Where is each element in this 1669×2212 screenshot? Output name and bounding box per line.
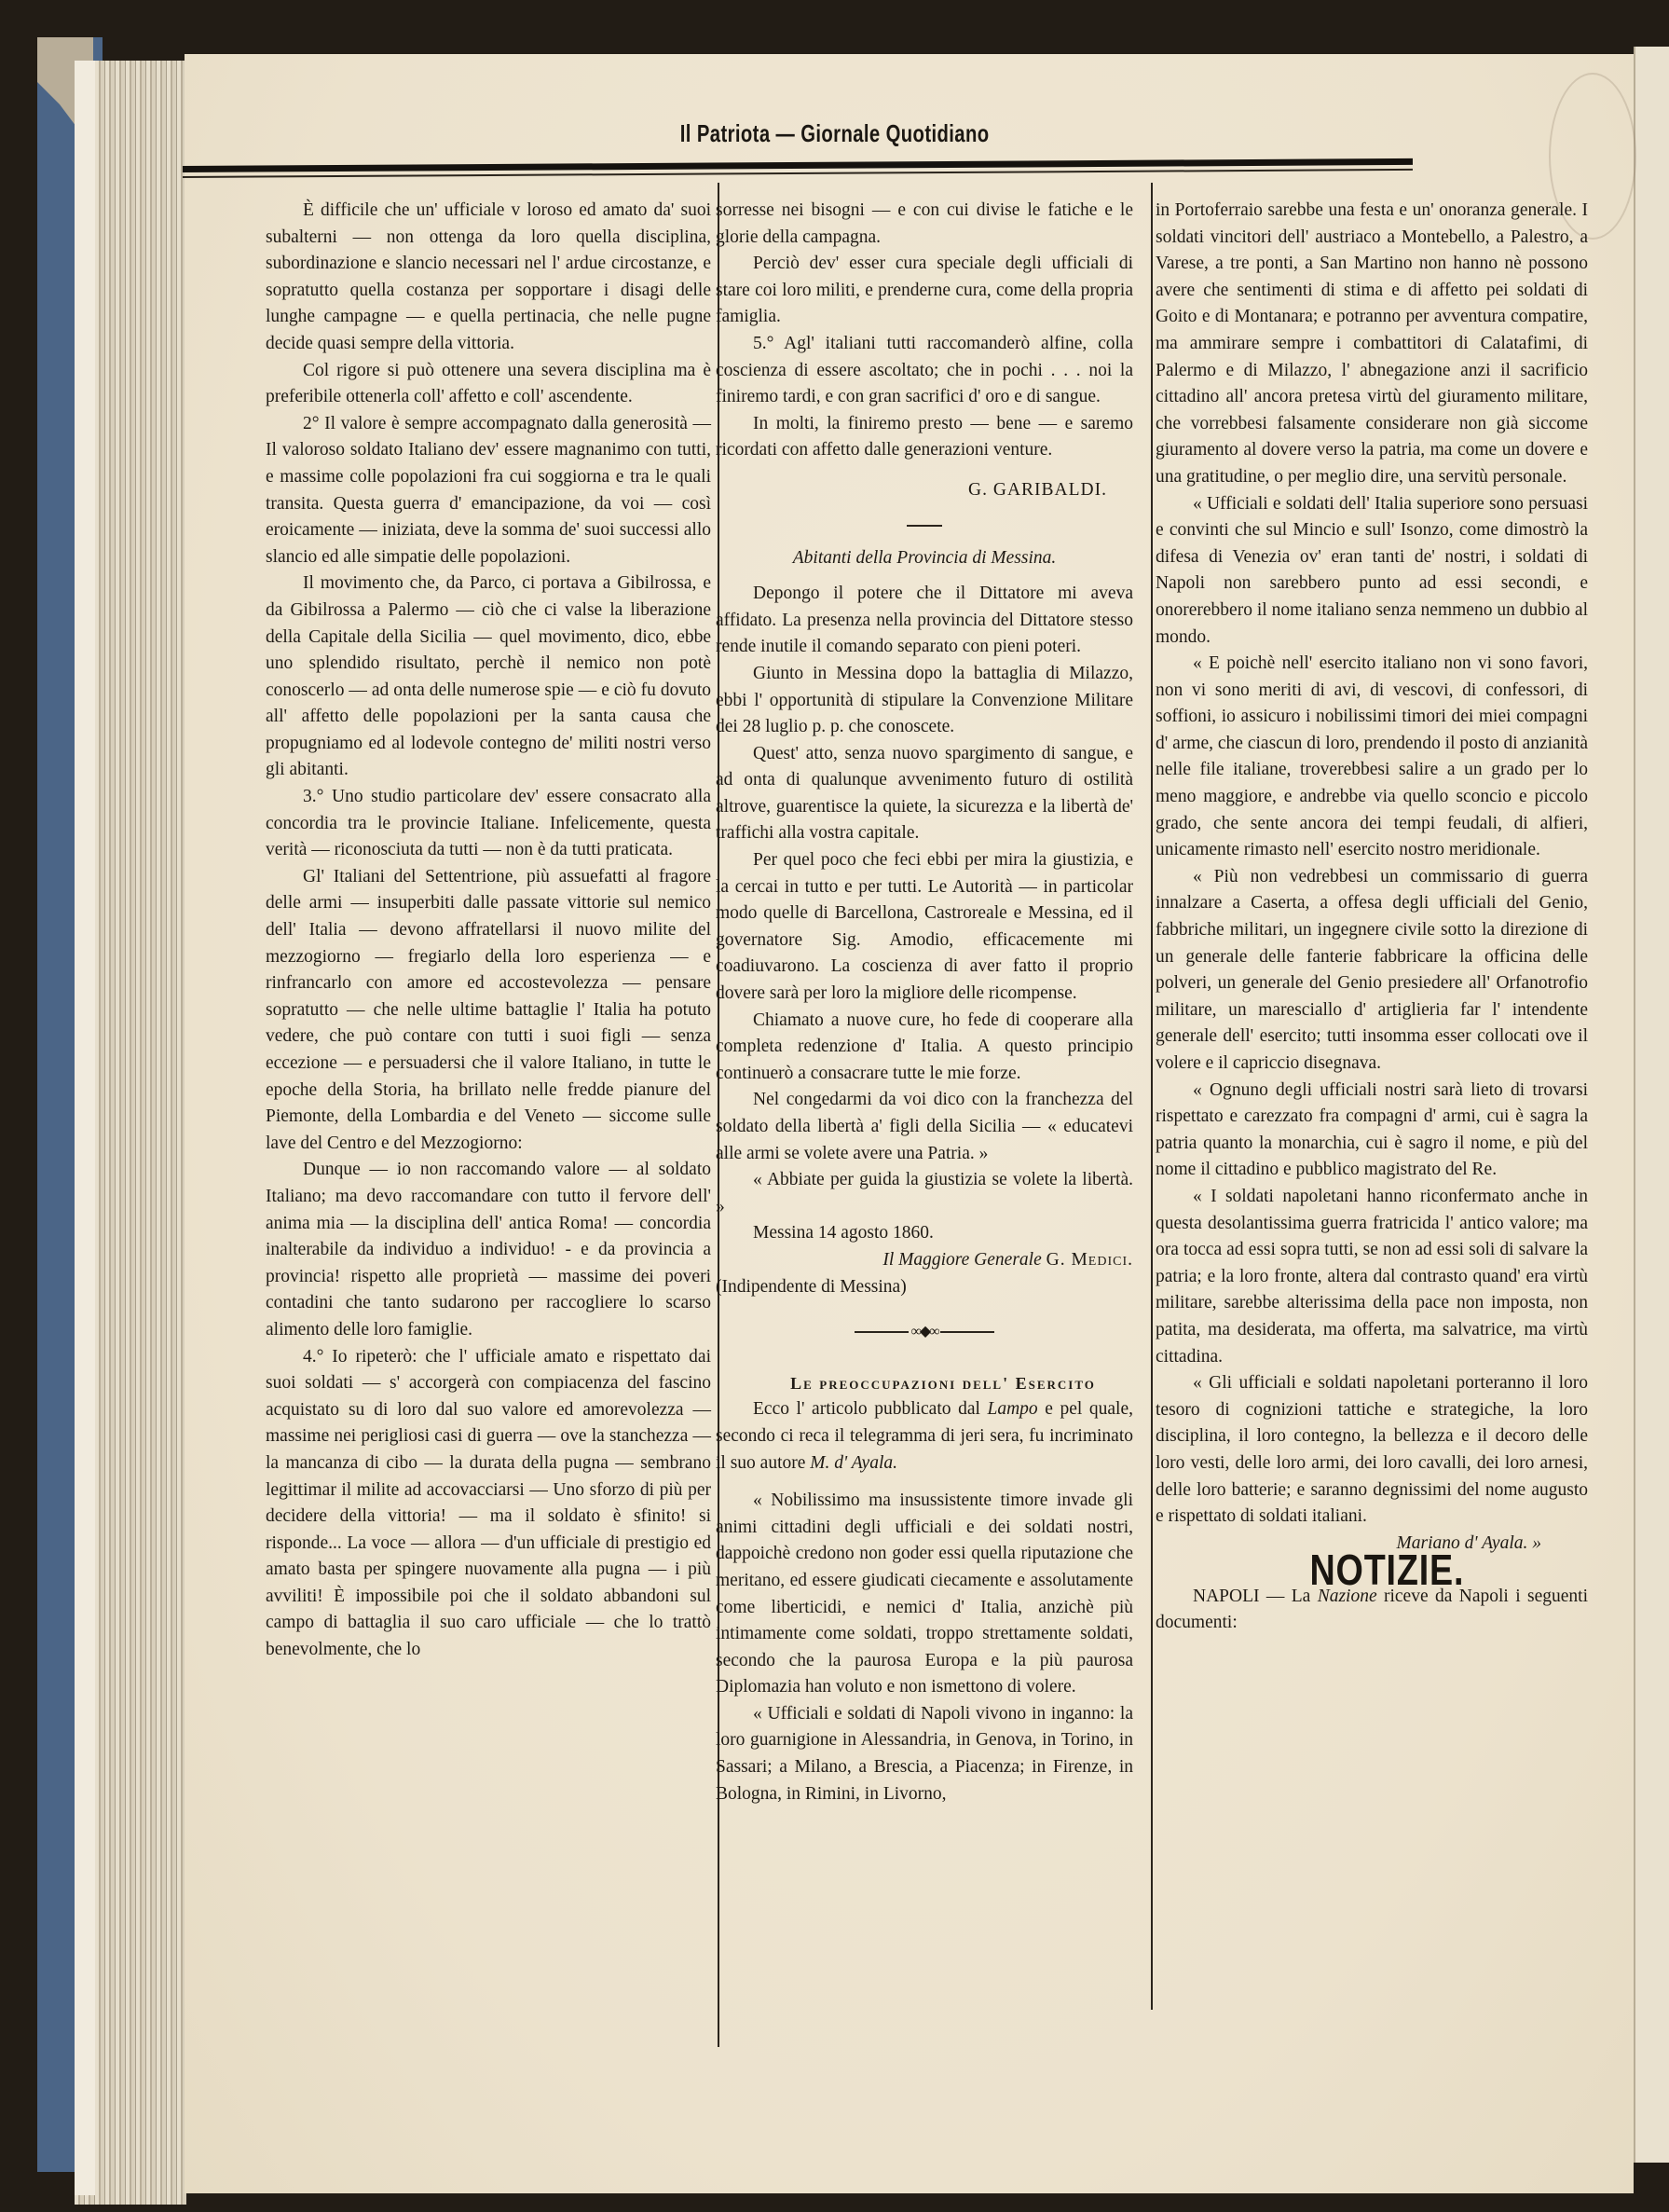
ornament-line <box>940 1331 994 1333</box>
paragraph: Giunto in Messina dopo la battaglia di M… <box>716 661 1133 741</box>
paragraph-continuation: sorresse nei bisogni — e con cui divise … <box>716 198 1133 251</box>
paragraph: « Ufficiali e soldati di Napoli vivono i… <box>716 1701 1133 1807</box>
column-1: È difficile che un' ufficiale v loroso e… <box>266 198 711 1664</box>
paragraph: Chiamato a nuove cure, ho fede di cooper… <box>716 1008 1133 1088</box>
paragraph: 4.° Io ripeterò: che l' ufficiale amato … <box>266 1344 711 1664</box>
intro-text: Ecco l' articolo pubblicato dal <box>753 1399 987 1419</box>
paragraph-continuation: in Portoferraio sarebbe una festa e un' … <box>1156 198 1588 491</box>
ornamental-divider: ∞◆∞ <box>716 1319 1133 1346</box>
paragraph: « E poichè nell' esercito italiano non v… <box>1156 651 1588 864</box>
news-lead: NAPOLI — La <box>1193 1587 1318 1606</box>
signature-garibaldi: G. GARIBALDI. <box>716 477 1133 504</box>
paragraph: Quest' atto, senza nuovo spargimento di … <box>716 741 1133 847</box>
ornament-knot-icon: ∞◆∞ <box>909 1319 939 1346</box>
paragraph: « Più non vedrebbesi un commissario di g… <box>1156 864 1588 1078</box>
masthead: Il Patriota — Giornale Quotidiano <box>0 119 1669 148</box>
column-3: in Portoferraio sarebbe una festa e un' … <box>1156 198 1588 1637</box>
adjacent-page-edge <box>1634 47 1669 2163</box>
paragraph: Nel congedarmi da voi dico con la franch… <box>716 1087 1133 1167</box>
paragraph: 2° Il valore è sempre accompagnato dalla… <box>266 411 711 571</box>
dateline: Messina 14 agosto 1860. <box>716 1220 1133 1247</box>
paragraph: « I soldati napoletani hanno riconfermat… <box>1156 1184 1588 1370</box>
paragraph: Il movimento che, da Parco, ci portava a… <box>266 570 711 784</box>
paragraph: Gl' Italiani del Settentrione, più assue… <box>266 864 711 1158</box>
paragraph: 3.° Uno studio particolare dev' essere c… <box>266 784 711 864</box>
spacer <box>716 1477 1133 1488</box>
paragraph: È difficile che un' ufficiale v loroso e… <box>266 198 711 358</box>
proclamation-heading: Abitanti della Provincia di Messina. <box>716 545 1133 572</box>
page-edge-strip <box>75 61 95 2195</box>
signature-medici: Il Maggiore Generale G. Medici. <box>716 1247 1133 1274</box>
paragraph: « Abbiate per guida la giustizia se vole… <box>716 1167 1133 1220</box>
paragraph: Dunque — io non raccomando valore — al s… <box>266 1157 711 1343</box>
article-heading: Le preoccupazioni dell' Esercito <box>716 1370 1133 1397</box>
signature-title: Il Maggiore Generale <box>882 1250 1041 1270</box>
paragraph: « Ognuno degli ufficiali nostri sarà lie… <box>1156 1078 1588 1184</box>
news-section-heading: NOTIZIE. <box>1195 1557 1549 1584</box>
paragraph: Per quel poco che feci ebbi per mira la … <box>716 847 1133 1008</box>
paragraph: In molti, la finiremo presto — bene — e … <box>716 411 1133 464</box>
author-name: M. d' Ayala. <box>810 1453 897 1473</box>
section-rule <box>907 525 942 527</box>
source-attribution: (Indipendente di Messina) <box>716 1274 1133 1301</box>
paragraph: Col rigore si può ottenere una severa di… <box>266 358 711 411</box>
signature-name: G. Medici. <box>1047 1250 1133 1270</box>
ornament-line <box>855 1331 909 1333</box>
paragraph: Perciò dev' esser cura speciale degli uf… <box>716 251 1133 331</box>
paragraph: 5.° Agl' italiani tutti raccomanderò alf… <box>716 331 1133 411</box>
article-intro: Ecco l' articolo pubblicato dal Lampo e … <box>716 1396 1133 1477</box>
masthead-title: Il Patriota — Giornale Quotidiano <box>680 119 990 148</box>
paragraph: « Gli ufficiali e soldati napoletani por… <box>1156 1370 1588 1531</box>
paragraph: « Ufficiali e soldati dell' Italia super… <box>1156 491 1588 652</box>
column-2: sorresse nei bisogni — e con cui divise … <box>716 198 1133 1807</box>
paragraph: « Nobilissimo ma insussistente timore in… <box>716 1488 1133 1701</box>
column-divider <box>1151 183 1153 2010</box>
paragraph: Depongo il potere che il Dittatore mi av… <box>716 581 1133 661</box>
newspaper-name: Lampo <box>987 1399 1037 1419</box>
